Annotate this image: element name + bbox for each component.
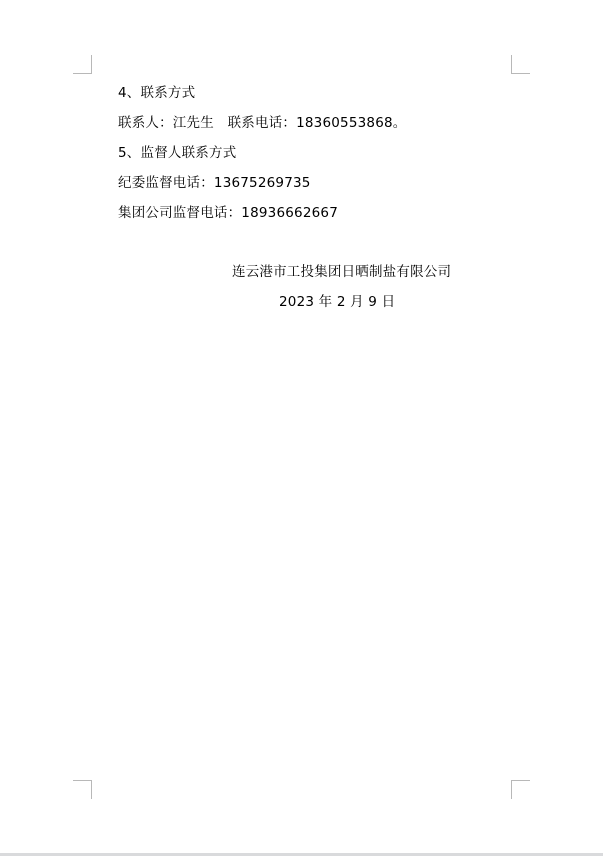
discipline-committee-phone: 纪委监督电话：13675269735 bbox=[118, 175, 311, 191]
margin-corner-top-right bbox=[511, 55, 530, 74]
contact-person-line: 联系人：江先生 联系电话：18360553868。 bbox=[118, 115, 406, 131]
margin-corner-top-left bbox=[73, 55, 92, 74]
signature-organization: 连云港市工投集团日晒制盐有限公司 bbox=[232, 264, 451, 280]
margin-corner-bottom-right bbox=[511, 780, 530, 799]
signature-date: 2023 年 2 月 9 日 bbox=[279, 294, 395, 310]
margin-corner-bottom-left bbox=[73, 780, 92, 799]
section-heading-contact: 4、联系方式 bbox=[118, 85, 195, 101]
document-page: 4、联系方式 联系人：江先生 联系电话：18360553868。 5、监督人联系… bbox=[0, 0, 603, 853]
group-company-supervision-phone: 集团公司监督电话：18936662667 bbox=[118, 205, 338, 221]
section-heading-supervisor-contact: 5、监督人联系方式 bbox=[118, 145, 236, 161]
